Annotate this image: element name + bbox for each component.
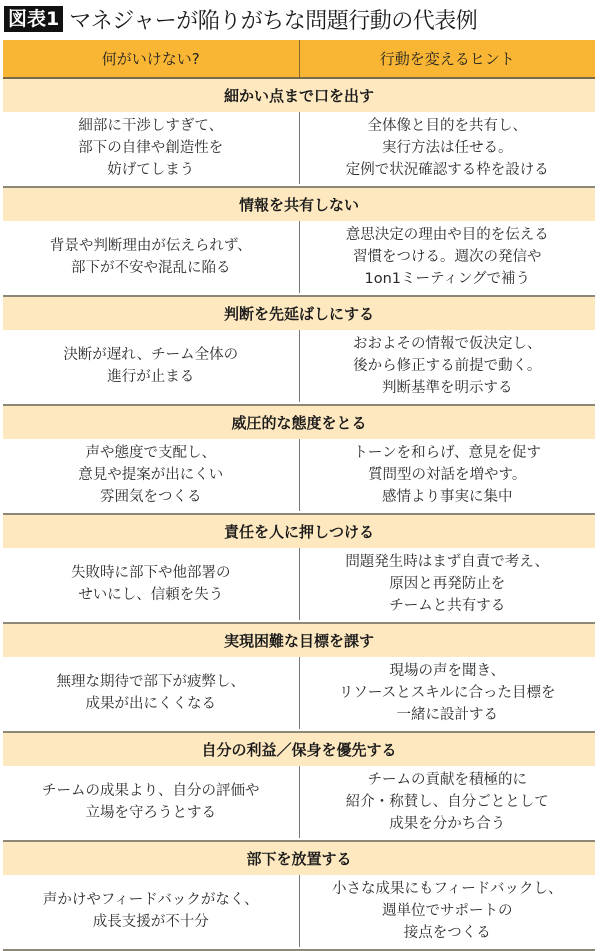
- hint-cell-line: リソースとスキルに合った目標を: [339, 682, 556, 704]
- category-row: 責任を人に押しつける: [3, 515, 595, 548]
- hint-cell-line: 全体像と目的を共有し、: [346, 115, 549, 137]
- hint-cell-line: トーンを和らげ、意見を促す: [353, 442, 541, 464]
- hint-cell-line: 成果を分かち合う: [346, 813, 549, 835]
- category-row: 部下を放置する: [3, 842, 595, 875]
- figure-title: 図表1 マネジャーが陥りがちな問題行動の代表例: [0, 0, 600, 38]
- problem-cell-line: 決断が遅れ、チーム全体の: [63, 344, 238, 366]
- table-group: 細かい点まで口を出す細部に干渉しすぎて、部下の自律や創造性を妨げてしまう全体像と…: [3, 79, 595, 186]
- content-row: 決断が遅れ、チーム全体の進行が止まるおおよその情報で仮決定し、後から修正する前提…: [3, 330, 595, 402]
- hint-cell-line: 現場の声を聞き、: [339, 660, 556, 682]
- header-hint: 行動を変えるヒント: [299, 40, 596, 77]
- hint-cell-line: 一緒に設計する: [339, 704, 556, 726]
- hint-cell: チームの貢献を積極的に紹介・称賛し、自分ごととして成果を分かち合う: [299, 766, 596, 838]
- problem-cell-line: 成果が出にくくなる: [57, 693, 246, 715]
- hint-cell-line: 1on1ミーティングで補う: [346, 268, 549, 290]
- category-row: 細かい点まで口を出す: [3, 79, 595, 112]
- category-row: 情報を共有しない: [3, 188, 595, 221]
- hint-cell-line: おおよその情報で仮決定し、: [353, 333, 542, 355]
- problem-cell: 失敗時に部下や他部署のせいにし、信頼を失う: [3, 548, 299, 620]
- hint-cell: おおよその情報で仮決定し、後から修正する前提で動く。判断基準を明示する: [299, 330, 596, 402]
- problem-cell-line: 部下の自律や創造性を: [78, 137, 223, 159]
- table-group: 情報を共有しない背景や判断理由が伝えられず、部下が不安や混乱に陥る意思決定の理由…: [3, 186, 595, 295]
- hint-cell-line: 実行方法は任せる。: [346, 137, 549, 159]
- table-group: 威圧的な態度をとる声や態度で支配し、意見や提案が出にくい雰囲気をつくるトーンを和…: [3, 404, 595, 513]
- problem-cell-line: 声かけやフィードバックがなく、: [43, 889, 259, 911]
- hint-cell: 現場の声を聞き、リソースとスキルに合った目標を一緒に設計する: [299, 657, 596, 729]
- hint-cell-line: 判断基準を明示する: [353, 377, 542, 399]
- hint-cell-line: 習慣をつける。週次の発信や: [346, 246, 549, 268]
- hint-cell: 問題発生時はまず自責で考え、原因と再発防止をチームと共有する: [299, 548, 596, 620]
- hint-cell-line: 後から修正する前提で動く。: [353, 355, 542, 377]
- table-group: 自分の利益／保身を優先するチームの成果より、自分の評価や立場を守ろうとするチーム…: [3, 731, 595, 840]
- hint-cell-line: チームと共有する: [345, 595, 549, 617]
- content-row: 声かけやフィードバックがなく、成長支援が不十分小さな成果にもフィードバックし、週…: [3, 875, 595, 947]
- hint-cell: 小さな成果にもフィードバックし、週単位でサポートの接点をつくる: [299, 875, 596, 947]
- hint-cell-line: チームの貢献を積極的に: [346, 769, 549, 791]
- problem-cell-line: 細部に干渉しすぎて、: [78, 115, 223, 137]
- problem-cell-line: 失敗時に部下や他部署の: [71, 562, 231, 584]
- problem-cell-line: 背景や判断理由が伝えられず、: [50, 235, 252, 257]
- problem-cell-line: 雰囲気をつくる: [78, 486, 223, 508]
- problem-cell: 細部に干渉しすぎて、部下の自律や創造性を妨げてしまう: [3, 112, 299, 184]
- problem-cell: 声や態度で支配し、意見や提案が出にくい雰囲気をつくる: [3, 439, 299, 511]
- content-row: チームの成果より、自分の評価や立場を守ろうとするチームの貢献を積極的に紹介・称賛…: [3, 766, 595, 838]
- hint-cell-line: 週単位でサポートの: [332, 900, 563, 922]
- problem-behavior-table: 何がいけない? 行動を変えるヒント 細かい点まで口を出す細部に干渉しすぎて、部下…: [3, 40, 595, 948]
- hint-cell: 全体像と目的を共有し、実行方法は任せる。定例で状況確認する枠を設ける: [299, 112, 596, 184]
- figure-badge: 図表1: [4, 6, 63, 32]
- problem-cell-line: 無理な期待で部下が疲弊し、: [57, 671, 246, 693]
- content-row: 声や態度で支配し、意見や提案が出にくい雰囲気をつくるトーンを和らげ、意見を促す質…: [3, 439, 595, 511]
- hint-cell-line: 問題発生時はまず自責で考え、: [345, 551, 549, 573]
- figure-title-text: マネジャーが陥りがちな問題行動の代表例: [69, 4, 477, 35]
- hint-cell-line: 接点をつくる: [332, 922, 563, 944]
- table-group: 部下を放置する声かけやフィードバックがなく、成長支援が不十分小さな成果にもフィー…: [3, 840, 595, 948]
- hint-cell-line: 質問型の対話を増やす。: [353, 464, 541, 486]
- hint-cell-line: 小さな成果にもフィードバックし、: [332, 878, 563, 900]
- problem-cell-line: 立場を守ろうとする: [42, 802, 260, 824]
- header-problem: 何がいけない?: [3, 40, 299, 77]
- problem-cell-line: せいにし、信頼を失う: [71, 584, 231, 606]
- content-row: 失敗時に部下や他部署のせいにし、信頼を失う問題発生時はまず自責で考え、原因と再発…: [3, 548, 595, 620]
- problem-cell: 声かけやフィードバックがなく、成長支援が不十分: [3, 875, 299, 947]
- problem-cell-line: 部下が不安や混乱に陥る: [50, 257, 252, 279]
- content-row: 無理な期待で部下が疲弊し、成果が出にくくなる現場の声を聞き、リソースとスキルに合…: [3, 657, 595, 729]
- hint-cell: 意思決定の理由や目的を伝える習慣をつける。週次の発信や1on1ミーティングで補う: [299, 221, 596, 293]
- table-group: 実現困難な目標を課す無理な期待で部下が疲弊し、成果が出にくくなる現場の声を聞き、…: [3, 622, 595, 731]
- problem-cell-line: 意見や提案が出にくい: [78, 464, 223, 486]
- content-row: 背景や判断理由が伝えられず、部下が不安や混乱に陥る意思決定の理由や目的を伝える習…: [3, 221, 595, 293]
- problem-cell: 背景や判断理由が伝えられず、部下が不安や混乱に陥る: [3, 221, 299, 293]
- table-group: 責任を人に押しつける失敗時に部下や他部署のせいにし、信頼を失う問題発生時はまず自…: [3, 513, 595, 622]
- problem-cell-line: 成長支援が不十分: [43, 911, 259, 933]
- problem-cell-line: 声や態度で支配し、: [78, 442, 223, 464]
- problem-cell: チームの成果より、自分の評価や立場を守ろうとする: [3, 766, 299, 838]
- table-group: 判断を先延ばしにする決断が遅れ、チーム全体の進行が止まるおおよその情報で仮決定し…: [3, 295, 595, 404]
- hint-cell: トーンを和らげ、意見を促す質問型の対話を増やす。感情より事実に集中: [299, 439, 596, 511]
- hint-cell-line: 意思決定の理由や目的を伝える: [346, 224, 549, 246]
- problem-cell: 決断が遅れ、チーム全体の進行が止まる: [3, 330, 299, 402]
- problem-cell-line: チームの成果より、自分の評価や: [42, 780, 260, 802]
- problem-cell: 無理な期待で部下が疲弊し、成果が出にくくなる: [3, 657, 299, 729]
- hint-cell-line: 定例で状況確認する枠を設ける: [346, 159, 549, 181]
- category-row: 威圧的な態度をとる: [3, 406, 595, 439]
- table-header: 何がいけない? 行動を変えるヒント: [3, 40, 595, 79]
- category-row: 判断を先延ばしにする: [3, 297, 595, 330]
- problem-cell-line: 進行が止まる: [63, 366, 238, 388]
- hint-cell-line: 原因と再発防止を: [345, 573, 549, 595]
- hint-cell-line: 紹介・称賛し、自分ごととして: [346, 791, 549, 813]
- content-row: 細部に干渉しすぎて、部下の自律や創造性を妨げてしまう全体像と目的を共有し、実行方…: [3, 112, 595, 184]
- problem-cell-line: 妨げてしまう: [78, 159, 223, 181]
- category-row: 自分の利益／保身を優先する: [3, 733, 595, 766]
- category-row: 実現困難な目標を課す: [3, 624, 595, 657]
- table-body: 細かい点まで口を出す細部に干渉しすぎて、部下の自律や創造性を妨げてしまう全体像と…: [3, 79, 595, 948]
- hint-cell-line: 感情より事実に集中: [353, 486, 541, 508]
